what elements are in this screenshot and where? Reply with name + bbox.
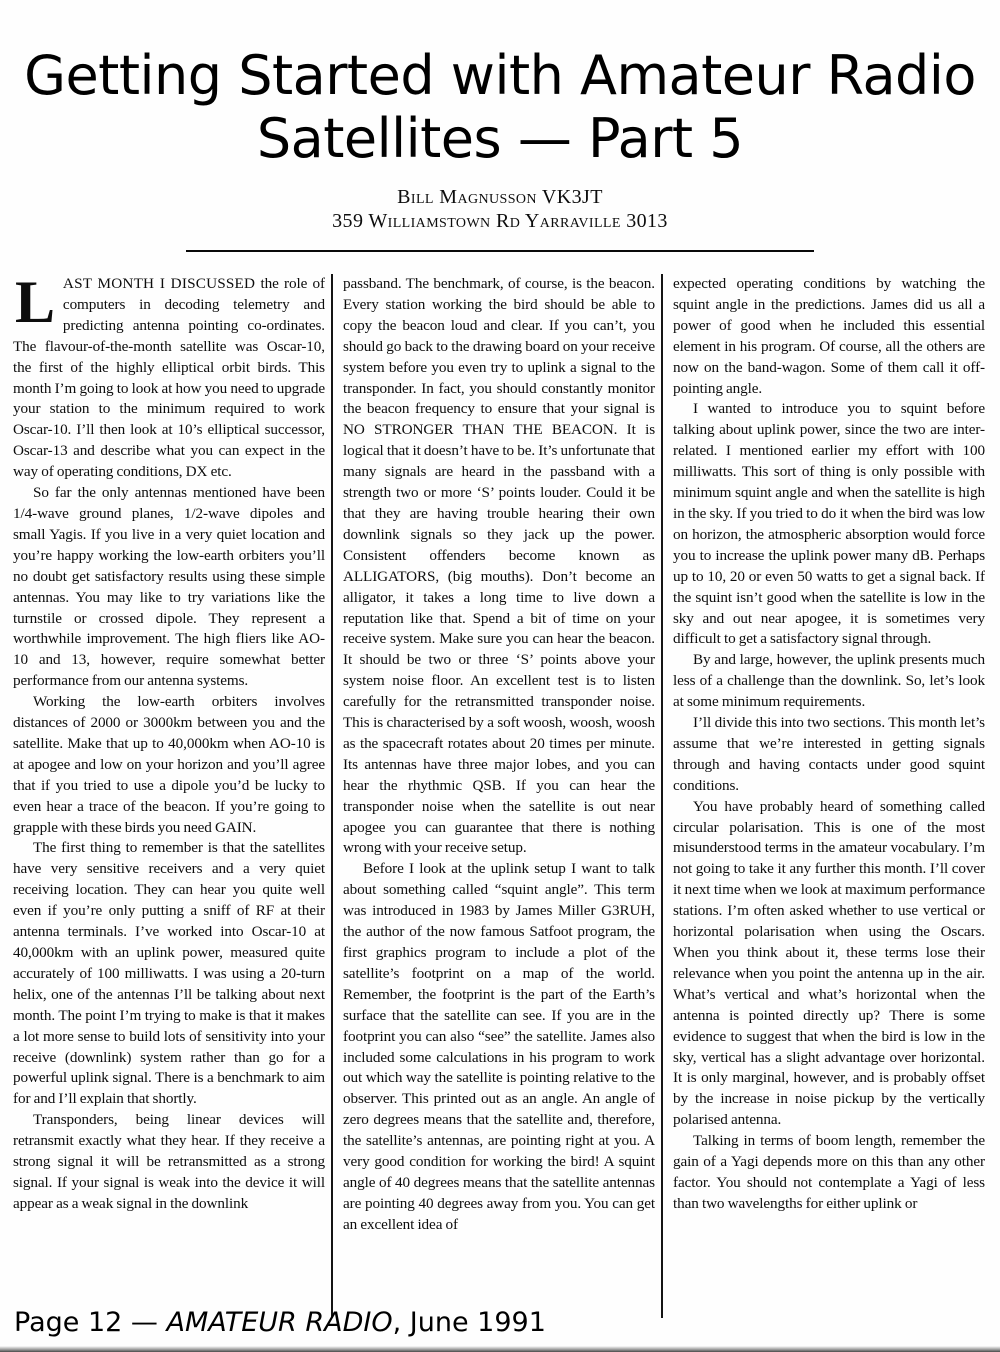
paragraph: I wanted to introduce you to squint befo… [673,399,985,650]
author-byline: Bill Magnusson VK3JT [0,186,1000,208]
article-body: LAST MONTH I DISCUSSED the role of compu… [0,274,1000,1318]
paragraph: I’ll divide this into two sections. This… [673,713,985,797]
magazine-page: Getting Started with Amateur Radio Satel… [0,0,1000,1352]
column-3: expected operating conditions by watchin… [661,274,985,1318]
header-divider-rule [186,250,814,252]
column-2: passband. The benchmark, of course, is t… [331,274,655,1318]
author-address: 359 Williamstown Rd Yarraville 3013 [0,210,1000,232]
article-title-line-2: Satellites — Part 5 [0,107,1000,170]
paragraph: expected operating conditions by watchin… [673,274,985,399]
paragraph: So far the only antennas mentioned have … [13,483,325,692]
paragraph: Talking in terms of boom length, remembe… [673,1131,985,1215]
footer-page-number: Page 12 — [14,1307,166,1338]
scan-bottom-edge-artifact [0,1346,1000,1352]
paragraph: You have probably heard of something cal… [673,797,985,1132]
lead-caps-text: AST MONTH I DISCUSSED [63,275,255,292]
article-title: Getting Started with Amateur Radio Satel… [0,44,1000,170]
column-1: LAST MONTH I DISCUSSED the role of compu… [13,274,325,1318]
page-footer: Page 12 — AMATEUR RADIO, June 1991 [14,1307,546,1338]
paragraph: By and large, however, the uplink presen… [673,650,985,713]
footer-magazine-title: AMATEUR RADIO [166,1307,392,1338]
article-header: Getting Started with Amateur Radio Satel… [0,0,1000,252]
paragraph: passband. The benchmark, of course, is t… [343,274,655,859]
paragraph: Transponders, being linear devices will … [13,1110,325,1215]
article-title-line-1: Getting Started with Amateur Radio [0,44,1000,107]
footer-issue-date: , June 1991 [393,1307,546,1338]
paragraph-lead: LAST MONTH I DISCUSSED the role of compu… [13,274,325,483]
paragraph: Working the low-earth orbiters involves … [13,692,325,838]
drop-cap: L [13,274,63,327]
paragraph: Before I look at the uplink setup I want… [343,859,655,1235]
paragraph: The first thing to remember is that the … [13,838,325,1110]
